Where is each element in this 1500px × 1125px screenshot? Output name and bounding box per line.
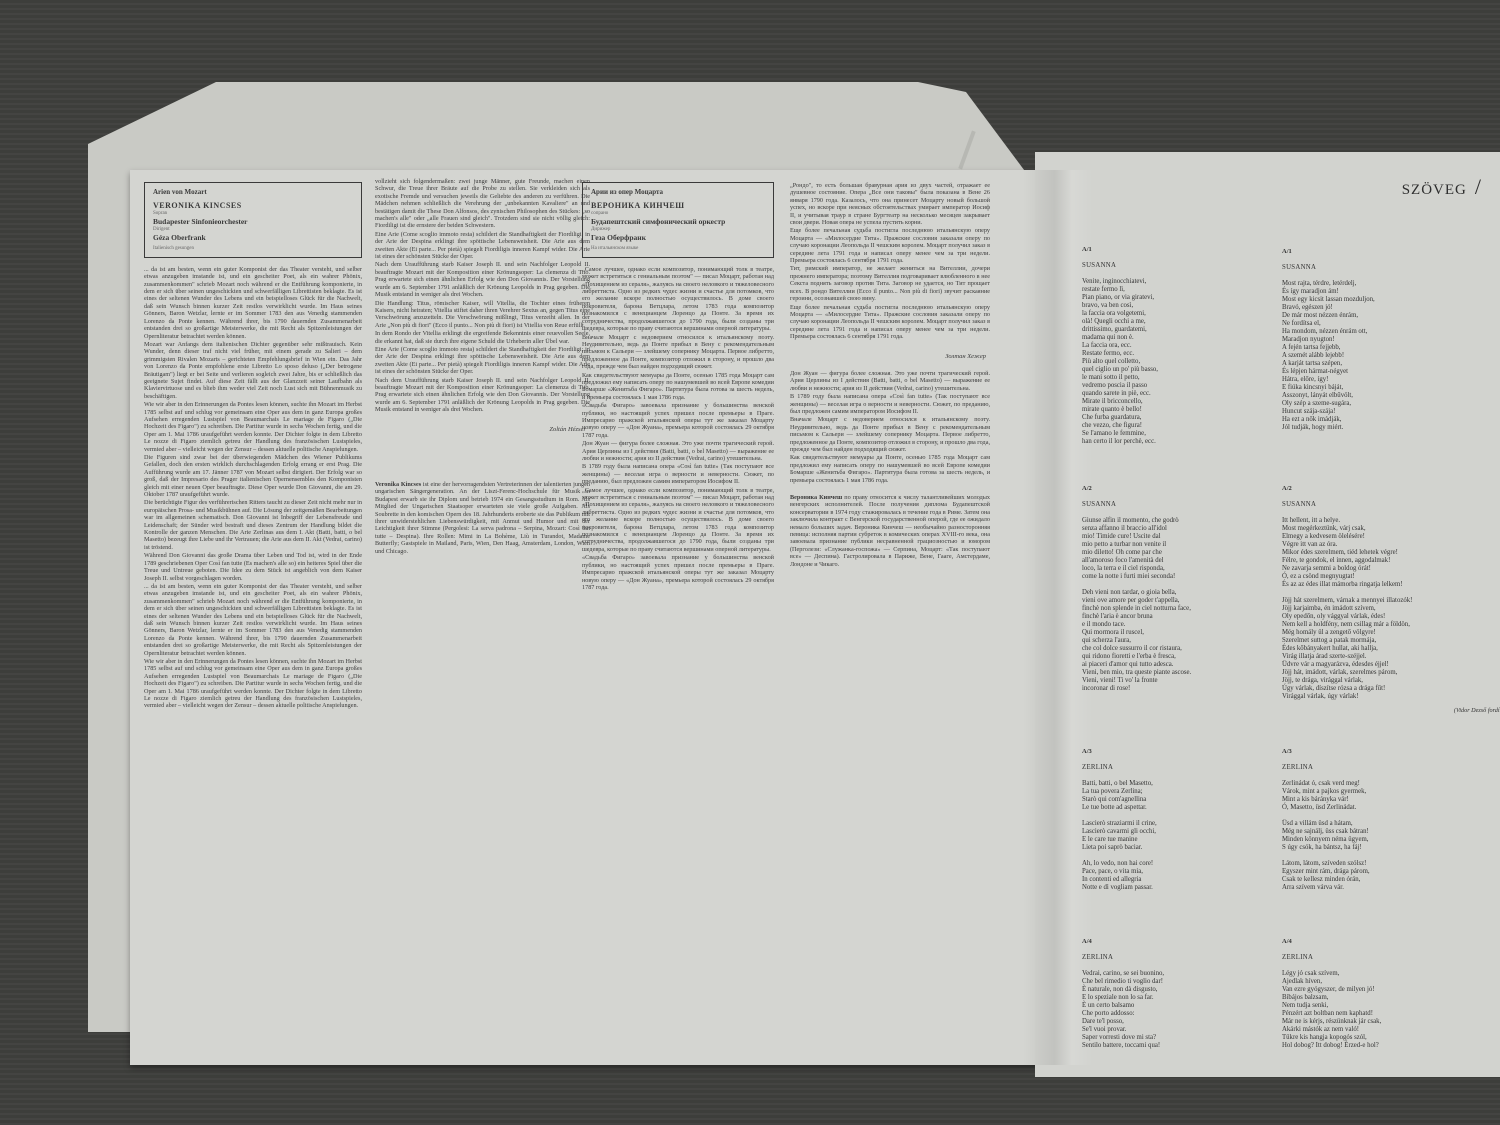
essay-paragraph: Дон Жуан — фигура более сложная. Это уже…: [582, 440, 774, 462]
lyric-line: Deh vieni non tardar, o gioia bella,: [1082, 589, 1191, 597]
lyric-line: all'amoroso foco l'amenità del: [1082, 557, 1191, 565]
lyric-line: Ó, Masetto, üsd Zerlinádat.: [1282, 804, 1370, 812]
lyric-line: Batti, batti, o bel Masetto,: [1082, 780, 1157, 788]
lyric-line: A fején tartsa fejjebb,: [1282, 344, 1375, 352]
track-number: A/4: [1282, 938, 1381, 946]
essay-paragraph: Während Don Giovanni das große Drama übe…: [144, 552, 362, 582]
lyric-line: Pace, pace, o vita mia,: [1082, 868, 1157, 876]
german-artist-bio: Veronika Kincses ist eine der hervorrage…: [375, 481, 590, 555]
lyric-line: Üsd a villám üsd a hátam,: [1282, 820, 1370, 828]
lyric-line: Most rajta, térdre, letérdelj,: [1282, 280, 1375, 288]
lyric-line: Ha ezt a nők imádják,: [1282, 416, 1375, 424]
stanza: Látom, látom, szíveden szólsz!Egyszer mi…: [1282, 860, 1370, 892]
lyric-line: che vezzo, che figura!: [1082, 422, 1158, 430]
lyric-line: És lépjen hármat-négyet: [1282, 368, 1375, 376]
lyric-line: Nem kell a holdfény, nem csillag már a f…: [1282, 621, 1500, 629]
credit-conductor: Геза Оберфранк: [591, 234, 765, 241]
lyric-line: È naturale, non dà disgusto,: [1082, 986, 1164, 994]
bio-text: по праву относится к числу талантливейши…: [790, 494, 990, 568]
essay-paragraph: ... da ist am besten, wenn ein guter Kom…: [144, 266, 362, 340]
lyric-line: È un certo balsamo: [1082, 1002, 1164, 1010]
character-name: SUSANNA: [1082, 501, 1191, 509]
essay-paragraph: Wie wir aber in den Erinnerungen da Pont…: [144, 401, 362, 453]
lyric-block-a2-hungarian: A/2 SUSANNA Itt hellent, itt a helye.Mos…: [1282, 485, 1500, 715]
lyric-line: finchè non splende in ciel notturna face…: [1082, 605, 1191, 613]
lyric-line: Hol dobog? Itt dobog! Érzed-e hol?: [1282, 1042, 1381, 1050]
header-slash: /: [1475, 174, 1482, 199]
lyric-line: Még homály ül a zengető völgyre!: [1282, 629, 1500, 637]
bio-text: ist eine der hervorragendsten Vertreteri…: [375, 481, 590, 555]
lyric-line: A szemét alább lejebb!: [1282, 352, 1375, 360]
stanza: Jöjj hát szerelmem, várnak a mennyei ill…: [1282, 597, 1500, 701]
lyric-line: mio diletto! Oh come par che: [1082, 549, 1191, 557]
essay-paragraph: „Рондо", то есть большая бравурная ария …: [790, 182, 990, 226]
german-credit-box: Arien von Mozart VERONIKA KINCSES Sopran…: [144, 182, 362, 258]
essay-signature: Золтан Хежер: [790, 353, 986, 360]
credit-orchestra: Budapester Sinfonieorchester: [153, 218, 353, 225]
lyric-line: qui scherza l'aura,: [1082, 637, 1191, 645]
lyric-line: mio! Timide cure! Uscite dal: [1082, 533, 1191, 541]
essay-paragraph: «Свадьба Фигаро» завоевала признание у б…: [582, 554, 774, 591]
lyric-line: Jól tudják, hogy miért.: [1282, 424, 1375, 432]
track-number: A/4: [1082, 938, 1164, 946]
lyric-line: A karját tartsa szépen,: [1282, 360, 1375, 368]
essay-paragraph: Еще более печальная судьба постигла посл…: [790, 227, 990, 264]
lyric-line: Akárki mástók az nem való!: [1282, 1026, 1381, 1034]
credit-orchestra: Будапештский симфонический оркестр: [591, 218, 765, 225]
character-name: SUSANNA: [1282, 501, 1500, 509]
essay-paragraph: vollzieht sich folgendermaßen: zwei jung…: [375, 178, 590, 230]
lyric-line: Most megérkeztünk, várj csak,: [1282, 525, 1500, 533]
lyric-line: mirate quanto è bello!: [1082, 406, 1158, 414]
lyric-line: Jöjj karjaimba, én imádott szívem,: [1282, 605, 1500, 613]
stanza: Zerlinádat ó, csak verd meg!Várok, mint …: [1282, 780, 1370, 812]
lyric-line: Venite, inginocchiatevi,: [1082, 278, 1158, 286]
lyric-line: mio petto a turbar non venite il: [1082, 541, 1191, 549]
lyric-line: Mikor édes szerelmem, tiéd lehetek végre…: [1282, 549, 1500, 557]
lyric-line: Oly epedőn, oly vággyal várlak, édes!: [1282, 613, 1500, 621]
credit-conductor: Géza Oberfrank: [153, 234, 353, 241]
credit-artist: VERONIKA KINCSES: [153, 202, 353, 209]
lyric-line: ai piaceri d'amor qui tutto adesca.: [1082, 661, 1191, 669]
lyric-line: Più alto quel colletto,: [1082, 358, 1158, 366]
lyric-line: vieni ove amore per goder t'appella,: [1082, 597, 1191, 605]
essay-paragraph: Дон Жуан — фигура более сложная. Это уже…: [790, 370, 990, 392]
essay-paragraph: Еще более печальная судьба постигла посл…: [790, 304, 990, 341]
lyric-line: Che porto addosso:: [1082, 1010, 1164, 1018]
lyric-line: Sentilo battere, toccami qua!: [1082, 1042, 1164, 1050]
stanza: Giunse alfin il momento, che godròsenza …: [1082, 517, 1191, 581]
essay-paragraph: Вначале Моцарт с недоверием относился к …: [790, 416, 990, 453]
lyric-line: Mirate il bricconcello,: [1082, 398, 1158, 406]
bio-name: Veronika Kincses: [375, 481, 421, 488]
essay-paragraph: Eine Arie (Come scoglio immoto resta) sc…: [375, 346, 590, 376]
stanza: Légy jó csak szívem,Ajedlak híven,Van ez…: [1282, 970, 1381, 1050]
essay-paragraph: Die Handlung: Titus, römischer Kaiser, w…: [375, 300, 590, 330]
lyric-line: Ha mondom, nézzen énrám ott,: [1282, 328, 1375, 336]
lyric-line: És így maradjon ám!: [1282, 288, 1375, 296]
lyric-line: Bravó, egészen jó!: [1282, 304, 1375, 312]
credit-title: Арии из опер Моцарта: [591, 189, 765, 196]
lyric-line: le mani sotto il petto,: [1082, 374, 1158, 382]
lyric-line: Le tue botte ad aspettar.: [1082, 804, 1157, 812]
lyric-line: Lascierò straziarmi il crine,: [1082, 820, 1157, 828]
character-name: ZERLINA: [1082, 764, 1157, 772]
lyric-line: bravo, va ben così,: [1082, 302, 1158, 310]
lyric-line: Már ne is kérjs, részünknak jár csak,: [1282, 1018, 1381, 1026]
record-insert: SZÖVEG/ Arien von Mozart VERONIKA KINCSE…: [130, 170, 1500, 1065]
lyric-line: restate fermo lì,: [1082, 286, 1158, 294]
lyric-line: Oly szép a szeme-sugára,: [1282, 400, 1375, 408]
bio-name: Вероника Кинчеш: [790, 494, 842, 501]
lyric-line: Asszonyt, lányát elbűvölt,: [1282, 392, 1375, 400]
lyric-line: Pian piano, or via giratevi,: [1082, 294, 1158, 302]
lyric-line: drittissimo, guardatemi,: [1082, 326, 1158, 334]
stanza: Vedrai, carino, se sei buonino,Che bel r…: [1082, 970, 1164, 1050]
lyric-line: finchè l'aria è ancor bruna: [1082, 613, 1191, 621]
lyric-line: olà! Quegli occhi a me,: [1082, 318, 1158, 326]
german-column-2: vollzieht sich folgendermaßen: zwei jung…: [375, 178, 590, 556]
credit-conductor-role: Дирижер: [591, 226, 765, 233]
lyric-line: Ó, ez a csönd megnyugtat!: [1282, 573, 1500, 581]
lyric-line: Üdvre vár a magyarázva, édesdes éjjel!: [1282, 661, 1500, 669]
lyric-line: Huncut szája-szája!: [1282, 408, 1375, 416]
credit-language-note: Italienisch gesungen: [153, 245, 353, 252]
lyric-line: Légy jó csak szívem,: [1282, 970, 1381, 978]
track-number: A/3: [1082, 748, 1157, 756]
character-name: ZERLINA: [1282, 954, 1381, 962]
essay-paragraph: ... da ist am besten, wenn ein guter Kom…: [144, 583, 362, 657]
essay-paragraph: Nach dem Uraufführung starb Kaiser Josep…: [375, 377, 590, 414]
lyric-line: Vieni, ben mio, tra queste piante ascose…: [1082, 669, 1191, 677]
track-number: A/3: [1282, 748, 1370, 756]
credit-title: Arien von Mozart: [153, 189, 353, 196]
credit-artist: ВЕРОНИКА КИНЧЕШ: [591, 202, 765, 209]
track-number: A/2: [1082, 485, 1191, 493]
lyric-line: Mint a kis bárányka vár!: [1282, 796, 1370, 804]
lyric-line: Jöjj hát szerelmem, várnak a mennyei ill…: [1282, 597, 1500, 605]
lyric-line: In contenti ed allegria: [1082, 876, 1157, 884]
lyric-line: Elmegy a kedvesem ölelésére!: [1282, 533, 1500, 541]
character-name: ZERLINA: [1282, 764, 1370, 772]
essay-paragraph: In dem Rondo der Vitellia erklingt die e…: [375, 330, 590, 345]
lyric-line: Se l'amano le femmine,: [1082, 430, 1158, 438]
stanza: Itt hellent, itt a helye.Most megérkeztü…: [1282, 517, 1500, 589]
lyric-line: La faccia ora, ecc.: [1082, 342, 1158, 350]
essay-signature: Zoltán Hézser: [375, 426, 586, 433]
character-name: ZERLINA: [1082, 954, 1164, 962]
lyric-line: e il mondo tace.: [1082, 621, 1191, 629]
lyric-line: Saper vorresti dove mi sta?: [1082, 1034, 1164, 1042]
lyric-line: quando sarete in piè, ecc.: [1082, 390, 1158, 398]
essay-paragraph: В 1789 году была написана опера «Così fa…: [790, 393, 990, 415]
lyric-line: Édes kőbányakert hullat, aki hallja,: [1282, 645, 1500, 653]
russian-artist-bio: Вероника Кинчеш по праву относится к чис…: [790, 494, 990, 568]
essay-paragraph: Eine Arie (Come scoglio immoto resta) sc…: [375, 231, 590, 261]
lyric-line: Van ezre gyógyszer, de milyen jó!: [1282, 986, 1381, 994]
essay-paragraph: Nach dem Uraufführung starb Kaiser Josep…: [375, 261, 590, 298]
lyric-line: Minden könnyem néma ügyem,: [1282, 836, 1370, 844]
lyric-line: Jöjj hát, imádott, várlak, szerelmes pár…: [1282, 669, 1500, 677]
translator-credit: (Vidor Dezső fordítása): [1282, 707, 1500, 715]
lyric-line: Virággal várlak, úgy várlak!: [1282, 693, 1500, 701]
credit-artist-role: Sopran: [153, 210, 353, 217]
lyric-line: Giunse alfin il momento, che godrò: [1082, 517, 1191, 525]
lyric-line: Várok, mint a pajkos gyermek,: [1282, 788, 1370, 796]
stanza: Venite, inginocchiatevi,restate fermo lì…: [1082, 278, 1158, 446]
lyric-line: Végre itt van az óra.: [1282, 541, 1500, 549]
lyric-line: E fiúka kincsnyi báját,: [1282, 384, 1375, 392]
track-number: A/1: [1082, 246, 1158, 254]
stanza: Deh vieni non tardar, o gioia bella,vien…: [1082, 589, 1191, 693]
lyric-line: E le care tue manine: [1082, 836, 1157, 844]
russian-column-2: „Рондо", то есть большая бравурная ария …: [790, 182, 990, 569]
lyric-line: senza affanno il braccio all'idol: [1082, 525, 1191, 533]
lyric-line: Ne zavarja semmi a boldog órát!: [1282, 565, 1500, 573]
track-number: A/1: [1282, 248, 1375, 256]
lyric-block-a2-italian: A/2 SUSANNA Giunse alfin il momento, che…: [1082, 485, 1191, 693]
lyric-line: loco, la terra e il ciel risponda,: [1082, 565, 1191, 573]
lyric-block-a3-italian: A/3 ZERLINA Batti, batti, o bel Masetto,…: [1082, 748, 1157, 892]
lyric-line: Szerelmet suttog a patak mormája,: [1282, 637, 1500, 645]
page-header: SZÖVEG/: [1402, 174, 1482, 200]
lyric-line: Látom, látom, szíveden szólsz!: [1282, 860, 1370, 868]
credit-artist-role: сопрано: [591, 210, 765, 217]
lyric-line: Jöjj, te drága, virággal várlak,: [1282, 677, 1500, 685]
essay-paragraph: Die berüchtigte Figur des verführerische…: [144, 499, 362, 551]
essay-paragraph: Как свидетельствуют мемуары да Понте, ос…: [582, 372, 774, 402]
lyric-line: come la notte i furti miei seconda!: [1082, 573, 1191, 581]
lyric-line: Ne fordítsa el,: [1282, 320, 1375, 328]
lyric-line: madama qui non è.: [1082, 334, 1158, 342]
essay-paragraph: „Самое лучшее, однако если композитор, п…: [582, 266, 774, 333]
lyric-line: vedremo poscia il passo: [1082, 382, 1158, 390]
lyric-line: Egyszer mint rám, drága párom,: [1282, 868, 1370, 876]
stanza: Üsd a villám üsd a hátam,Még ne sajnálj,…: [1282, 820, 1370, 852]
essay-paragraph: Как свидетельствуют мемуары да Понте, ос…: [790, 454, 990, 484]
lyric-line: La tua povera Zerlina;: [1082, 788, 1157, 796]
lyric-line: Most egy kicsit lassan mozduljon,: [1282, 296, 1375, 304]
lyric-line: Restate fermo, ecc.: [1082, 350, 1158, 358]
lyric-line: Lascierò cavarmi gli occhi,: [1082, 828, 1157, 836]
lyric-block-a4-italian: A/4 ZERLINA Vedrai, carino, se sei buoni…: [1082, 938, 1164, 1050]
lyric-block-a1-italian: A/1 SUSANNA Venite, inginocchiatevi,rest…: [1082, 246, 1158, 446]
lyric-line: Úgy várlak, díszítse rózsa a drága fűt!: [1282, 685, 1500, 693]
essay-paragraph: Тит, римский император, не желает женить…: [790, 265, 990, 302]
stanza: Most rajta, térdre, letérdelj,És így mar…: [1282, 280, 1375, 432]
lyric-line: Se'l vuoi provar.: [1082, 1026, 1164, 1034]
russian-column-1: Арии из опер Моцарта ВЕРОНИКА КИНЧЕШ соп…: [582, 182, 774, 592]
lyric-line: S úgy csók, ha bántsz, ha fáj!: [1282, 844, 1370, 852]
lyric-block-a4-hungarian: A/4 ZERLINA Légy jó csak szívem,Ajedlak …: [1282, 938, 1381, 1050]
lyric-line: Hátra, előre, így!: [1282, 376, 1375, 384]
lyric-line: Pénzért azt boltban nem kaphatd!: [1282, 1010, 1381, 1018]
credit-conductor-role: Dirigent: [153, 226, 353, 233]
lyric-line: Che furba guardatura,: [1082, 414, 1158, 422]
header-title: SZÖVEG: [1402, 182, 1467, 198]
lyric-line: che col dolce sussurro il cor ristaura,: [1082, 645, 1191, 653]
character-name: SUSANNA: [1082, 262, 1158, 270]
essay-paragraph: Mozart war Anfangs dem italienischen Dic…: [144, 341, 362, 400]
lyric-line: Qui mormora il ruscel,: [1082, 629, 1191, 637]
lyric-line: E lo speziale non lo sa far.: [1082, 994, 1164, 1002]
essay-paragraph: Wie wir aber in den Erinnerungen da Pont…: [144, 658, 362, 710]
essay-paragraph: „Самое лучшее, однако если композитор, п…: [582, 487, 774, 554]
lyric-line: Zerlinádat ó, csak verd meg!: [1282, 780, 1370, 788]
lyric-line: Starò qui com'agnellina: [1082, 796, 1157, 804]
lyric-line: Lieta poi saprò baciar.: [1082, 844, 1157, 852]
lyric-line: Ah, lo vedo, non hai core!: [1082, 860, 1157, 868]
stanza: Batti, batti, o bel Masetto,La tua pover…: [1082, 780, 1157, 812]
german-column-1: Arien von Mozart VERONIKA KINCSES Sopran…: [144, 182, 362, 711]
stanza: Lascierò straziarmi il crine,Lascierò ca…: [1082, 820, 1157, 852]
lyric-line: Ajedlak híven,: [1282, 978, 1381, 986]
lyric-line: Itt hellent, itt a helye.: [1282, 517, 1500, 525]
lyric-line: han certo il lor perchè, ecc.: [1082, 438, 1158, 446]
lyric-line: Vieni, vieni! Ti vo' la fronte: [1082, 677, 1191, 685]
essay-paragraph: Вначале Моцарт с недоверием относился к …: [582, 334, 774, 371]
lyric-line: quel ciglio un po' più basso,: [1082, 366, 1158, 374]
lyric-line: Virág illatja árad szerte-széjjel.: [1282, 653, 1500, 661]
lyric-line: la faccia ora volgetemi,: [1082, 310, 1158, 318]
track-number: A/2: [1282, 485, 1500, 493]
lyric-line: Maradjon nyugton!: [1282, 336, 1375, 344]
lyric-line: Notte e dì vogliam passar.: [1082, 884, 1157, 892]
essay-paragraph: В 1789 году была написана опера «Così fa…: [582, 463, 774, 485]
lyric-line: Még ne sajnálj, üss csak bátran!: [1282, 828, 1370, 836]
stanza: Ah, lo vedo, non hai core!Pace, pace, o …: [1082, 860, 1157, 892]
lyric-line: Dare te'l posso,: [1082, 1018, 1164, 1026]
lyric-line: Nem tudja senki,: [1282, 1002, 1381, 1010]
russian-credit-box: Арии из опер Моцарта ВЕРОНИКА КИНЧЕШ соп…: [582, 182, 774, 258]
credit-language-note: На итальянском языке: [591, 245, 765, 252]
essay-paragraph: «Свадьба Фигаро» завоевала признание у б…: [582, 402, 774, 439]
lyric-line: Félre, te gondok, el innen, aggodalmak!: [1282, 557, 1500, 565]
lyric-line: Che bel rimedio ti voglio dar!: [1082, 978, 1164, 986]
lyric-line: De már most nézzen énrám,: [1282, 312, 1375, 320]
lyric-line: Bíbájos balzsam,: [1282, 994, 1381, 1002]
lyric-block-a3-hungarian: A/3 ZERLINA Zerlinádat ó, csak verd meg!…: [1282, 748, 1370, 892]
lyric-line: Vedrai, carino, se sei buonino,: [1082, 970, 1164, 978]
character-name: SUSANNA: [1282, 264, 1375, 272]
essay-paragraph: Die Figuren sind zwar bei der überwiegen…: [144, 454, 362, 498]
lyric-block-a1-hungarian: A/1 SUSANNA Most rajta, térdre, letérdel…: [1282, 248, 1375, 432]
lyric-line: Arra szívem várva vár.: [1282, 884, 1370, 892]
lyric-line: qui ridono fioretti e l'erba è fresca,: [1082, 653, 1191, 661]
lyric-line: Csak te kellesz minden órán,: [1282, 876, 1370, 884]
lyric-line: incoronar di rose!: [1082, 685, 1191, 693]
lyric-line: Tükre kis hangja kopogós szól,: [1282, 1034, 1381, 1042]
lyric-line: És az az édes illat mámorba ringatja lel…: [1282, 581, 1500, 589]
